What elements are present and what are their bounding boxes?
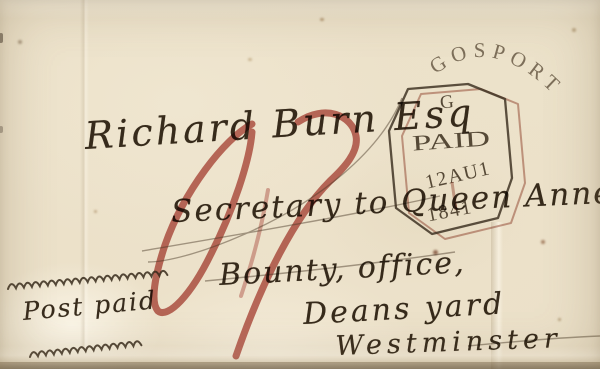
post-paid-squiggles	[8, 271, 168, 357]
rate-mark-red-manuscript	[154, 113, 356, 356]
hairline-under-bounty	[205, 252, 455, 281]
postmark-index-letter: G	[439, 91, 455, 113]
postal-cover: Richard Burn Esq Secretary to Queen Anne…	[0, 0, 600, 369]
westminster-t-cross-stroke	[468, 336, 600, 346]
pen-flourish-hairlines	[142, 98, 600, 346]
postmark-date: 12AU1	[423, 157, 493, 193]
postmark-paid-text: PAID	[411, 125, 491, 155]
rate-mark-zero-loop	[154, 124, 252, 313]
postmark-town-arc: GOSPORT	[425, 38, 569, 100]
esq-flourish-hairline	[148, 98, 402, 262]
squiggle-above-post-paid	[8, 271, 168, 289]
postal-markings-layer: GOSPORT G PAID 12AU1 1841	[0, 0, 600, 369]
rate-mark-seven-stroke	[236, 113, 356, 356]
postmark-year: 1841	[425, 196, 474, 226]
squiggle-below-post-paid	[30, 341, 142, 357]
